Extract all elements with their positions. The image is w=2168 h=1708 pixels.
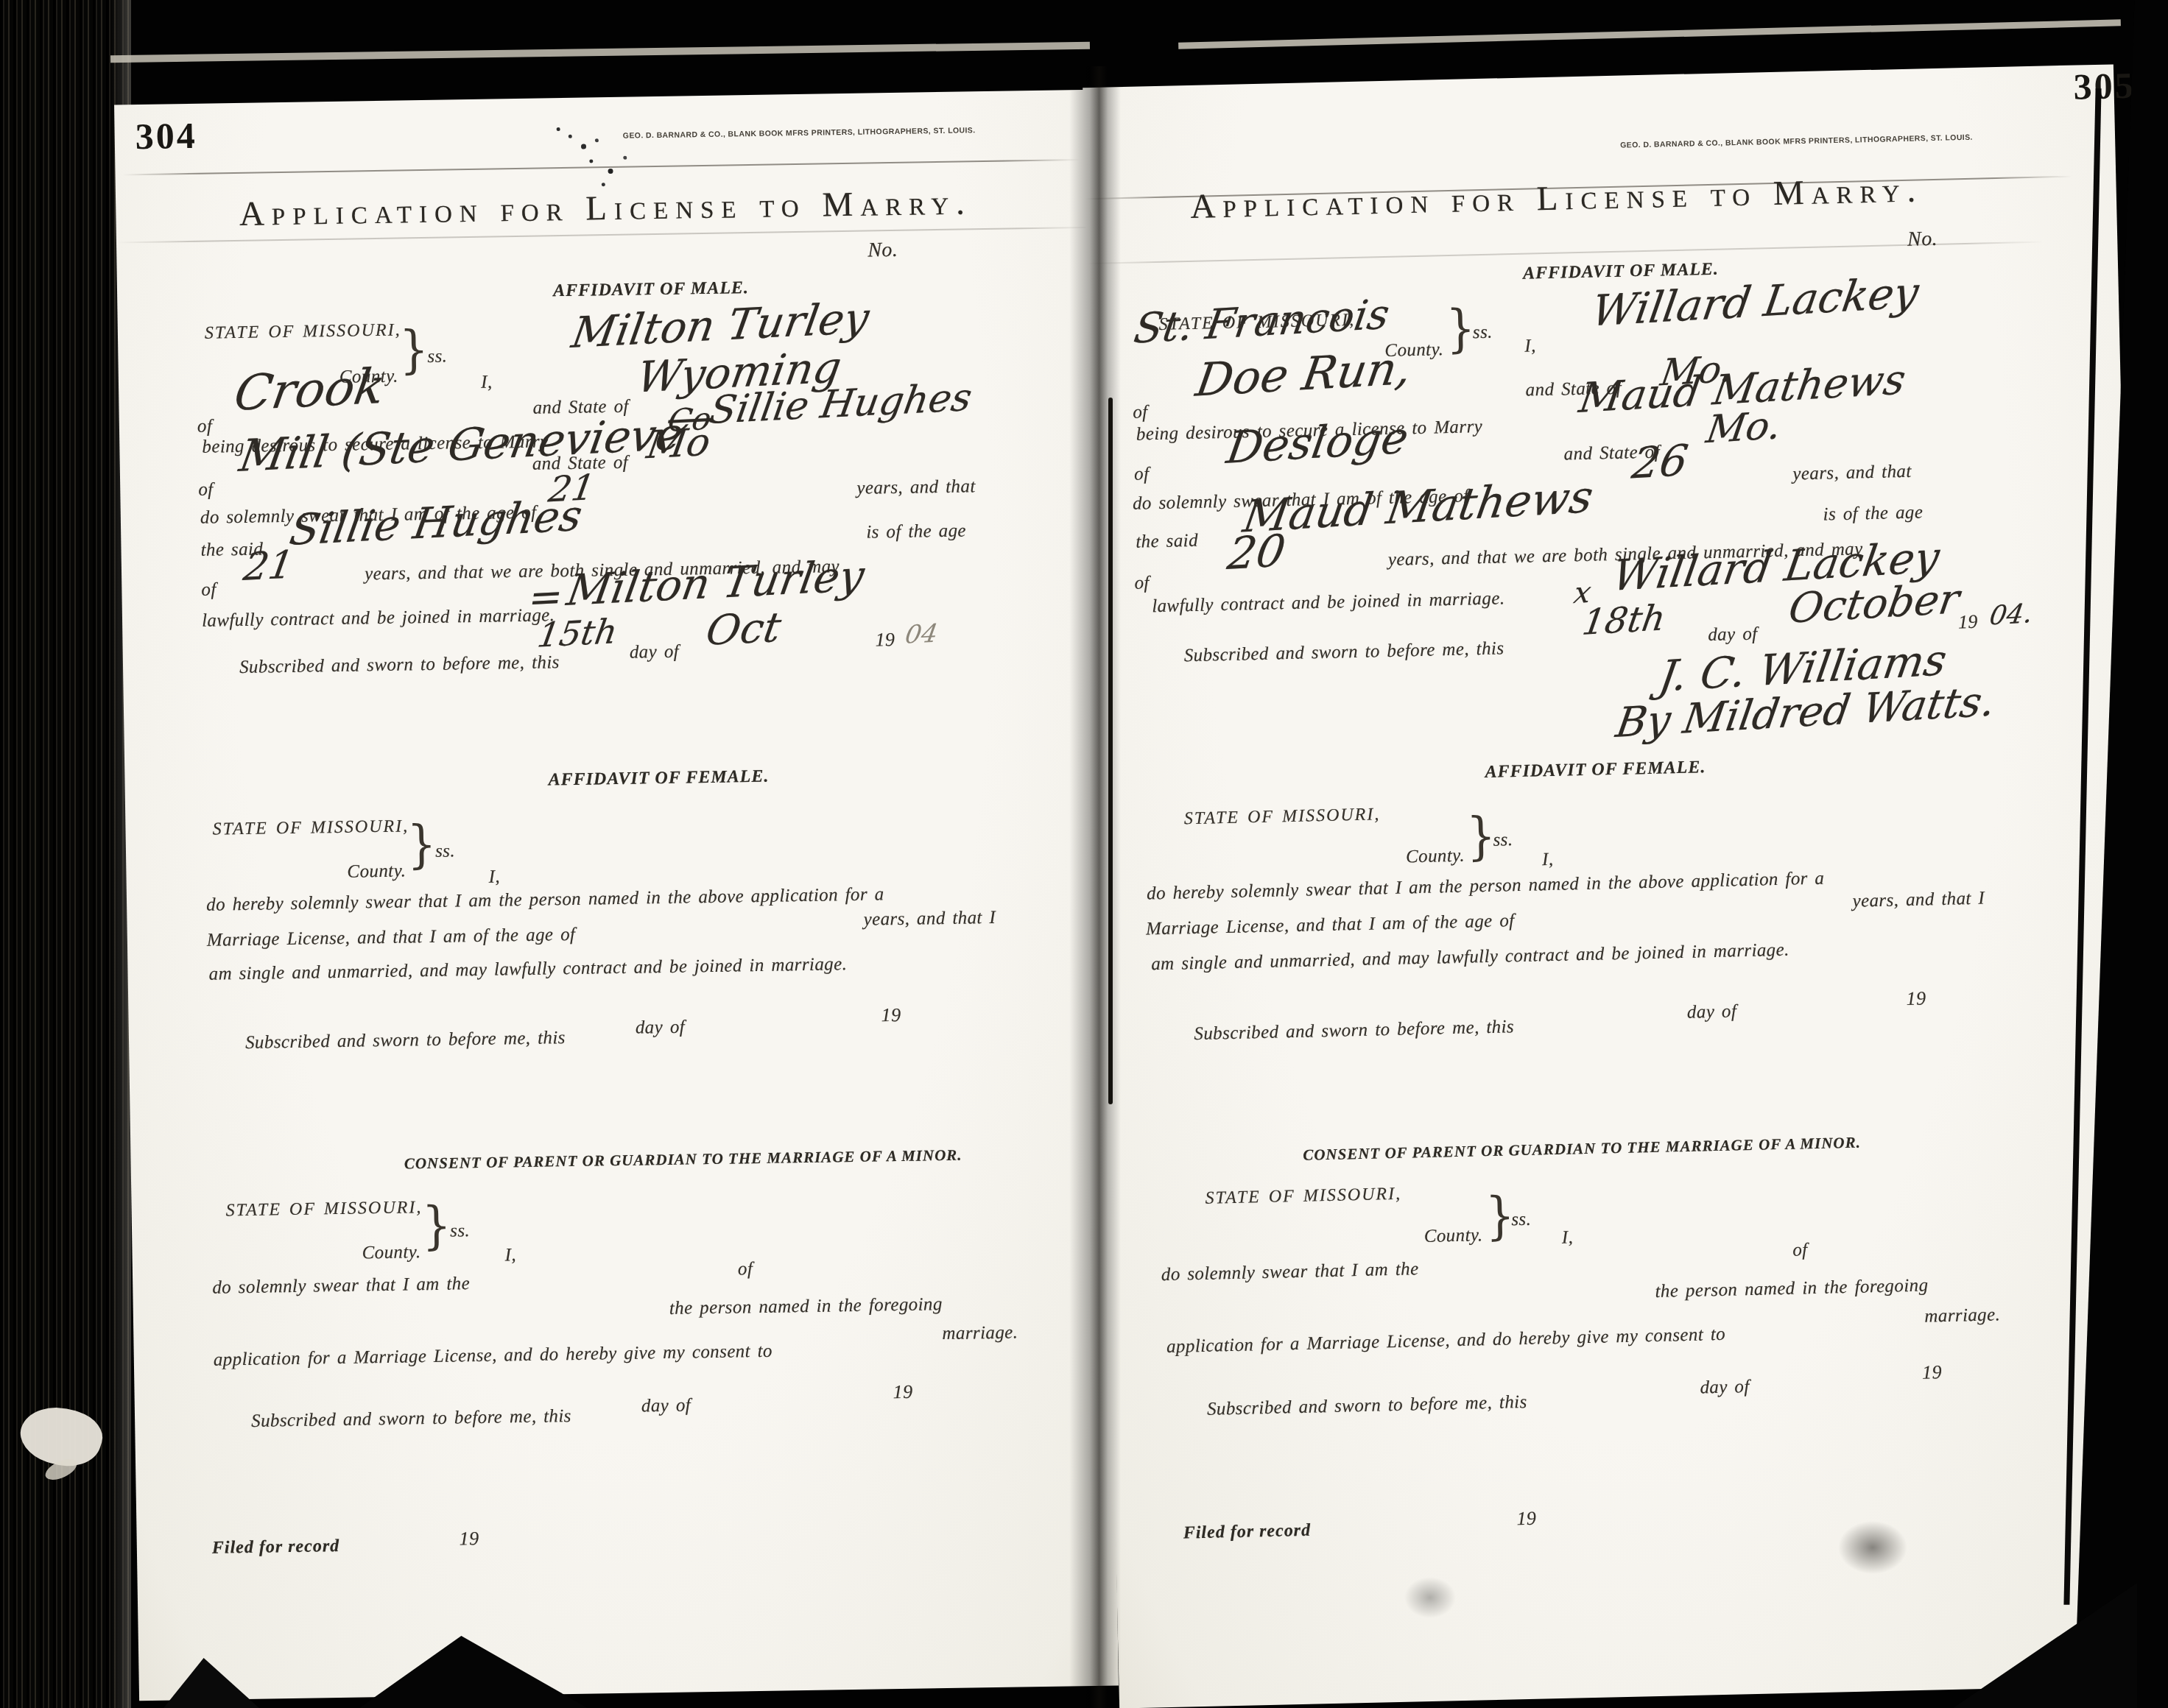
subscribed-line: Subscribed and sworn to before me, this [251,1407,571,1430]
subscribed-line: Subscribed and sworn to before me, this [239,653,560,677]
of-label: of [201,580,217,599]
ss-label: ss. [435,841,455,860]
consent-person-line: the person named in the foregoing [1655,1277,1928,1301]
no-label: No. [867,240,898,261]
affidavit-of-male-heading: AFFIDAVIT OF MALE. [161,273,1141,306]
ss-label: ss. [427,347,447,366]
female-person-line: do hereby solemnly swear that I am the p… [1147,869,1825,903]
county-label: County. [362,1243,420,1262]
female-age-line: Marriage License, and that I am of the a… [207,925,576,950]
year-19-label: 19 [460,1529,479,1548]
subscribed-line: Subscribed and sworn to before me, this [245,1028,566,1052]
filed-for-record-label: Filed for record [212,1537,340,1557]
book-gutter-line [1108,398,1113,1104]
brace-glyph: } [399,324,429,375]
i-label: I, [504,1246,516,1264]
hw-sworn-year: 04. [1988,601,2034,629]
of-label: of [1134,465,1150,483]
hw-sworn-year: 04 [904,621,940,648]
year-19-label: 19 [881,1006,901,1025]
years-and-that-i-label: years, and that I [1852,889,1985,911]
year-19-label: 19 [1906,989,1926,1009]
hw-bride-town: Desloge [1224,416,1411,470]
day-of-label: day of [1700,1377,1750,1397]
of-label: of [1792,1241,1808,1259]
year-19-label: 19 [1922,1363,1942,1383]
lawfully-line: lawfully contract and be joined in marri… [202,606,555,630]
state-of-missouri-label: STATE OF MISSOURI, [1183,805,1380,827]
county-label: County. [1423,1226,1482,1246]
brace-glyph: } [1466,811,1496,862]
consent-swear-line: do solemnly swear that I am the [212,1274,470,1296]
hw-groom-town: Doe Run, [1193,345,1415,403]
page-left: 304 GEO. D. BARNARD & CO., BLANK BOOK MF… [114,90,1119,1701]
day-of-label: day of [1708,625,1758,645]
subscribed-line: Subscribed and sworn to before me, this [1183,639,1504,665]
female-single-line: am single and unmarried, and may lawfull… [1151,941,1789,974]
consent-application-line: application for a Marriage License, and … [214,1342,772,1369]
day-of-label: day of [636,1018,686,1037]
ink-speckles [557,127,560,131]
state-of-missouri-label: STATE OF MISSOURI, [205,322,401,342]
year-19-label: 19 [893,1383,912,1402]
year-19-label: 19 [875,630,895,649]
female-person-line: do hereby solemnly swear that I am the p… [206,885,884,914]
of-label: of [197,417,213,436]
state-of-missouri-label: STATE OF MISSOURI, [1205,1185,1401,1207]
book-gutter [1069,66,1121,1708]
i-label: I, [481,373,493,392]
brace-glyph: } [1446,303,1476,354]
hw-sworn-day: 18th [1580,600,1667,640]
year-19-label: 19 [1958,613,1978,632]
state-of-missouri-label: STATE OF MISSOURI, [212,817,409,838]
i-label: I, [1562,1228,1574,1246]
hw-sworn-day: 15th [535,614,620,652]
of-label: of [198,481,214,499]
form-title: Application for License to Marry. [1041,170,2072,228]
years-and-that-label: years, and that [1792,462,1912,484]
hw-signature-mark: = [526,576,566,618]
is-of-the-age-label: is of the age [1823,503,1923,523]
subscribed-line: Subscribed and sworn to before me, this [1194,1017,1514,1043]
county-label: County. [1406,847,1465,867]
scan-smudge [1393,1568,1467,1627]
consent-swear-line: do solemnly swear that I am the [1161,1260,1419,1284]
marriage-label: marriage. [942,1324,1018,1344]
brace-glyph: } [406,819,437,870]
consent-person-line: the person named in the foregoing [669,1295,943,1318]
ss-label: ss. [1493,830,1513,850]
printer-imprint: GEO. D. BARNARD & CO., BLANK BOOK MFRS P… [1620,134,1973,149]
brace-glyph: } [421,1200,451,1252]
hw-bride-name-repeat: Maud Mathews [1240,475,1596,539]
affidavit-of-female-heading: AFFIDAVIT OF FEMALE. [1080,749,2111,791]
of-label: of [738,1260,753,1278]
female-single-line: am single and unmarried, and may lawfull… [208,955,847,984]
consent-heading: CONSENT OF PARENT OR GUARDIAN TO THE MAR… [194,1144,1173,1175]
i-label: I, [488,867,500,886]
female-age-line: Marriage License, and that I am of the a… [1146,911,1515,938]
consent-application-line: application for a Marriage License, and … [1166,1325,1726,1356]
ss-label: ss. [1511,1210,1531,1229]
years-and-that-i-label: years, and that I [863,908,996,929]
consent-heading: CONSENT OF PARENT OR GUARDIAN TO THE MAR… [1066,1129,2097,1168]
hw-bride-name-repeat: Sillie Hughes [287,494,585,551]
page-edge-sliver [1178,19,2121,49]
printer-imprint: GEO. D. BARNARD & CO., BLANK BOOK MFRS P… [623,127,976,140]
book-scan: 304 GEO. D. BARNARD & CO., BLANK BOOK MF… [0,0,2168,1708]
hw-bride-age: 20 [1225,529,1288,576]
hw-bride-age: 21 [241,546,296,586]
hw-signature: Milton Turley [564,554,867,612]
state-of-missouri-label: STATE OF MISSOURI, [225,1199,422,1219]
hw-sworn-month: October [1786,579,1962,629]
i-label: I, [1542,850,1554,869]
page-right: 305 GEO. D. BARNARD & CO., BLANK BOOK MF… [1083,64,2150,1708]
day-of-label: day of [1687,1002,1737,1022]
page-edge-sliver [110,42,1090,63]
year-19-label: 19 [1516,1509,1536,1529]
is-of-the-age-label: is of the age [866,521,966,541]
hw-county: St. Francois [1131,294,1392,350]
form-title: Application for License to Marry. [116,184,1096,234]
the-said-label: the said [1136,532,1198,551]
of-label: of [1134,574,1150,592]
subscribed-line: Subscribed and sworn to before me, this [1207,1393,1527,1419]
hw-sworn-month: Oct [703,607,784,652]
page-number: 305 [2073,67,2136,105]
ss-label: ss. [450,1221,470,1240]
day-of-label: day of [630,643,680,662]
affidavit-of-female-heading: AFFIDAVIT OF FEMALE. [169,762,1148,795]
page-number: 304 [135,117,197,155]
day-of-label: day of [641,1396,691,1415]
lawfully-line: lawfully contract and be joined in marri… [1152,589,1505,615]
hw-groom-age: 26 [1630,439,1691,484]
filed-for-record-label: Filed for record [1183,1522,1312,1542]
hw-groom-town: Crook [231,362,388,418]
hw-bride-state: Mo. [1704,406,1784,449]
header-rule [123,159,1080,175]
of-label: of [1133,403,1148,421]
i-label: I, [1524,336,1536,355]
marriage-label: marriage. [1924,1305,2000,1325]
county-label: County. [347,861,406,881]
no-label: No. [1907,229,1938,250]
ss-label: ss. [1473,323,1493,342]
scan-smudge [1825,1511,1921,1584]
years-and-that-label: years, and that [856,477,976,498]
hw-bride-state: Mo [644,423,713,465]
